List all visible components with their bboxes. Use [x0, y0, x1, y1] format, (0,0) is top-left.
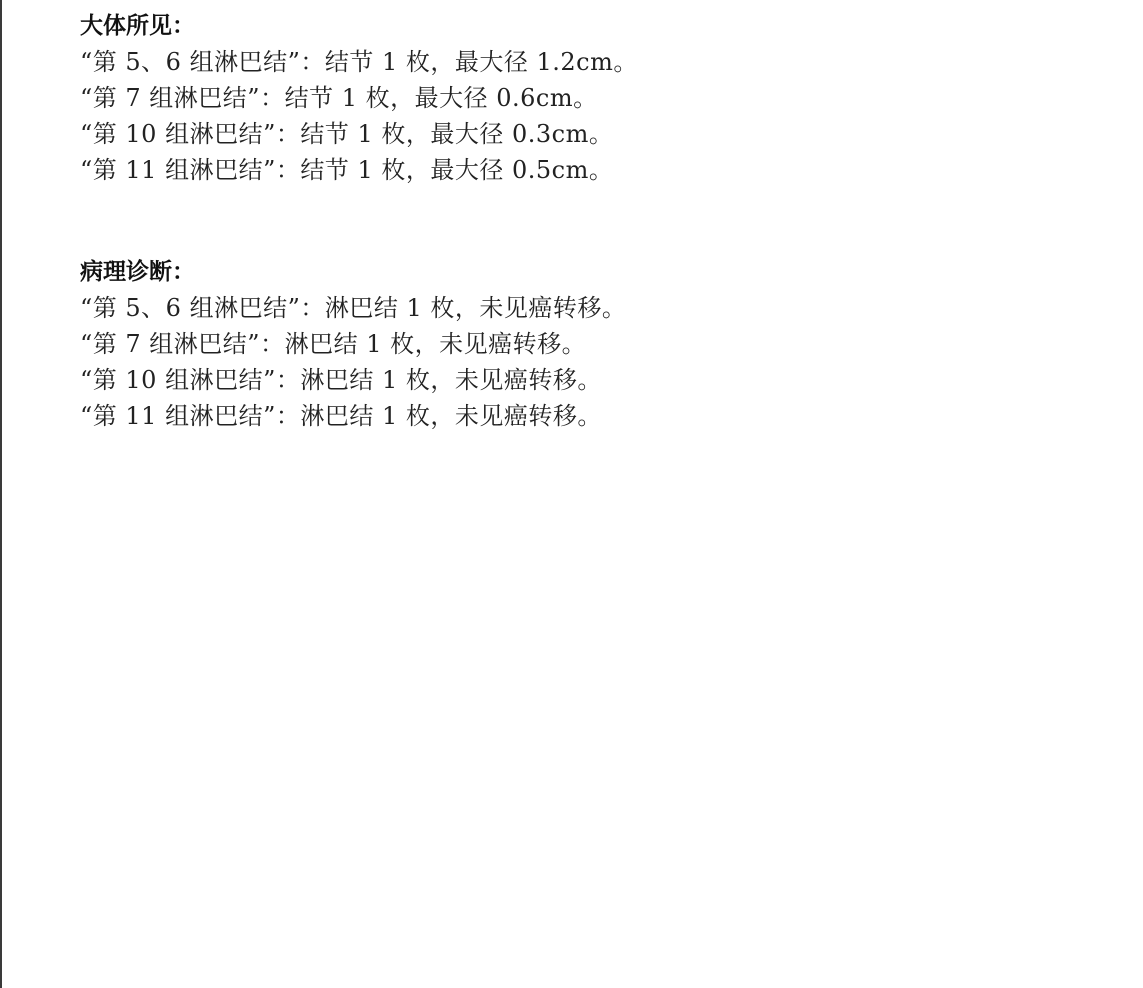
page-left-border: [0, 0, 2, 988]
pathological-diagnosis-heading: 病理诊断：: [80, 254, 626, 290]
diagnosis-line: “第 11 组淋巴结”：淋巴结 1 枚，未见癌转移。: [80, 398, 626, 434]
gross-findings-line: “第 11 组淋巴结”：结节 1 枚，最大径 0.5cm。: [80, 152, 638, 188]
diagnosis-line: “第 7 组淋巴结”：淋巴结 1 枚，未见癌转移。: [80, 326, 626, 362]
gross-findings-line: “第 10 组淋巴结”：结节 1 枚，最大径 0.3cm。: [80, 116, 638, 152]
diagnosis-line: “第 5、6 组淋巴结”：淋巴结 1 枚，未见癌转移。: [80, 290, 626, 326]
diagnosis-line: “第 10 组淋巴结”：淋巴结 1 枚，未见癌转移。: [80, 362, 626, 398]
pathological-diagnosis-section: 病理诊断： “第 5、6 组淋巴结”：淋巴结 1 枚，未见癌转移。 “第 7 组…: [80, 254, 626, 434]
gross-findings-line: “第 5、6 组淋巴结”：结节 1 枚，最大径 1.2cm。: [80, 44, 638, 80]
gross-findings-heading: 大体所见：: [80, 8, 638, 44]
gross-findings-section: 大体所见： “第 5、6 组淋巴结”：结节 1 枚，最大径 1.2cm。 “第 …: [80, 8, 638, 188]
gross-findings-line: “第 7 组淋巴结”：结节 1 枚，最大径 0.6cm。: [80, 80, 638, 116]
